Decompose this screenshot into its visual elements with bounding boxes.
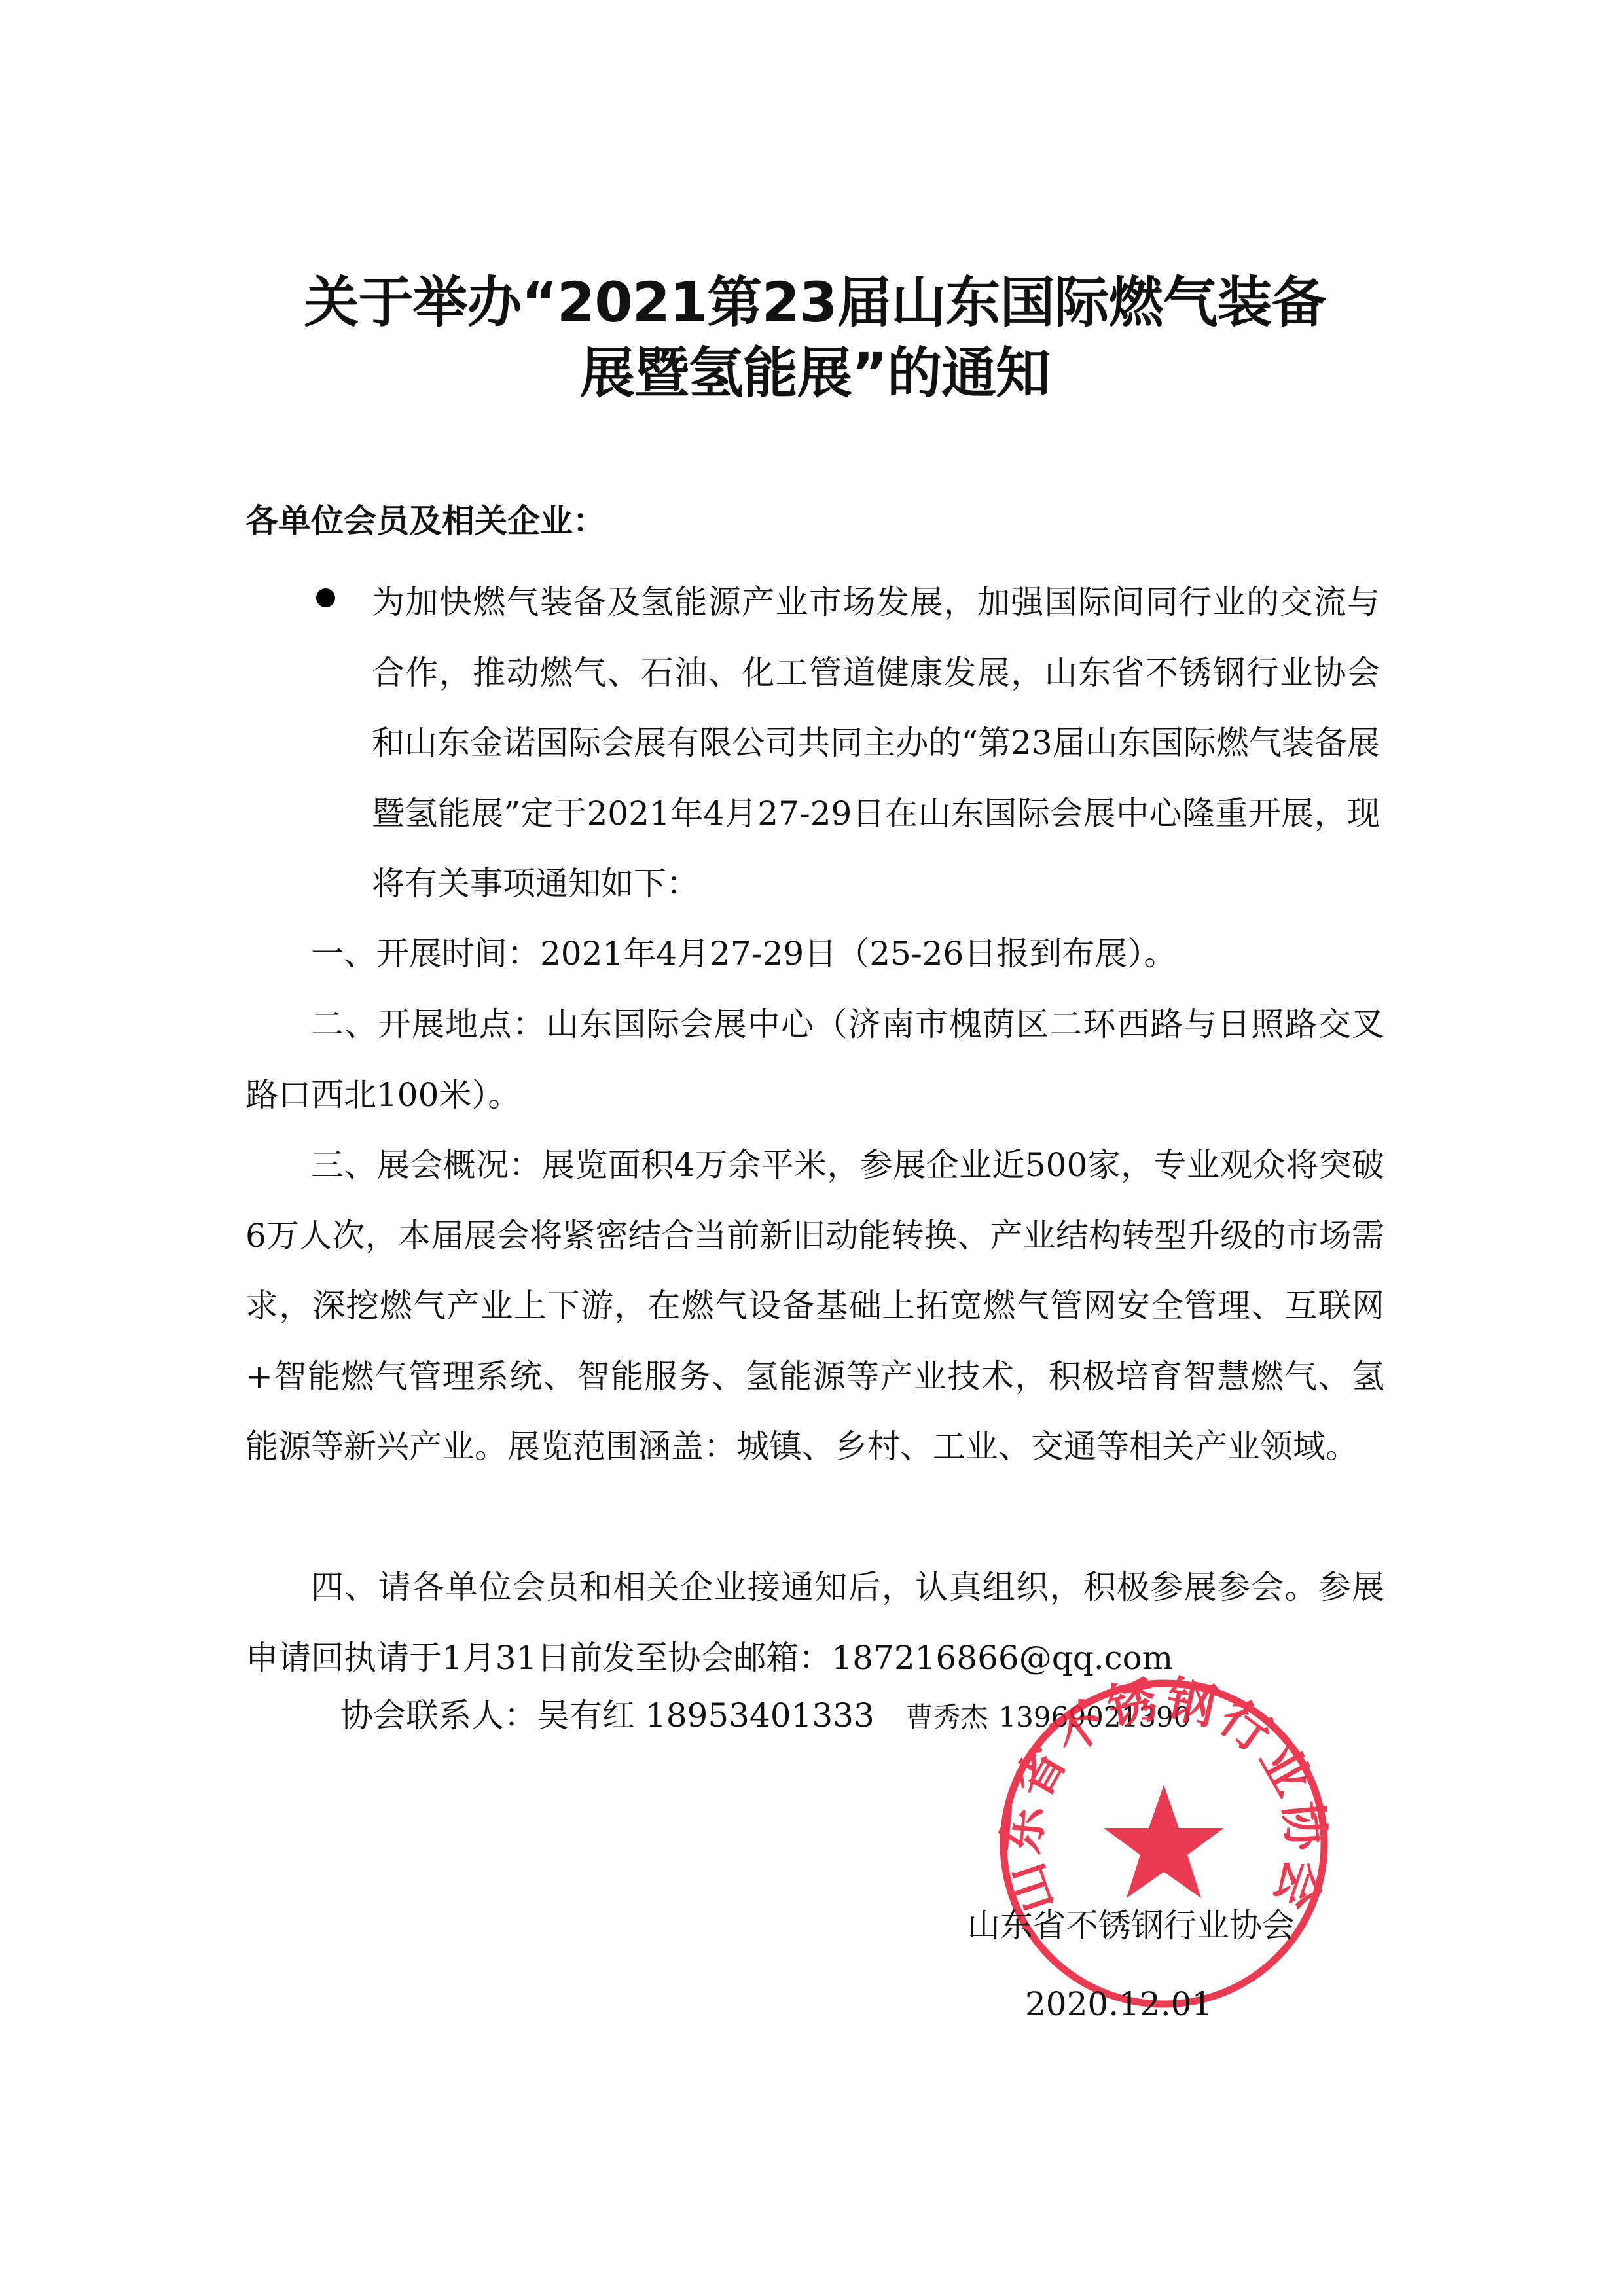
contact-label: 协会联系人： — [340, 1696, 537, 1734]
section-time: 一、开展时间：2021年4月27-29日（25-26日报到布展）。 — [245, 919, 1384, 990]
title-line-1: 关于举办“2021第23届山东国际燃气装备 — [216, 267, 1414, 338]
page-title: 关于举办“2021第23届山东国际燃气装备 展暨氢能展”的通知 — [216, 267, 1414, 408]
section-overview: 三、展会概况：展览面积4万余平米，参展企业近500家，专业观众将突破6万人次，本… — [245, 1130, 1384, 1482]
title-line-2: 展暨氢能展”的通知 — [216, 338, 1414, 408]
contact-1-phone: 18953401333 — [645, 1696, 875, 1734]
contact-2-name: 曹秀杰 — [906, 1701, 988, 1733]
signature-date: 2020.12.01 — [1025, 1984, 1212, 2024]
intro-paragraph: 为加快燃气装备及氢能源产业市场发展，加强国际间同行业的交流与合作，推动燃气、石油… — [372, 567, 1380, 920]
signature-organization: 山东省不锈钢行业协会 — [967, 1906, 1295, 1945]
star-icon — [1104, 1785, 1224, 1898]
bullet-icon — [316, 588, 335, 607]
notice-page: 关于举办“2021第23届山东国际燃气装备 展暨氢能展”的通知 各单位会员及相关… — [0, 0, 1624, 2296]
salutation: 各单位会员及相关企业： — [245, 501, 605, 541]
section-location: 二、开展地点：山东国际会展中心（济南市槐荫区二环西路与日照路交叉路口西北100米… — [245, 990, 1384, 1130]
contact-1-name: 吴有红 — [537, 1696, 635, 1734]
official-seal: 山东省不锈钢行业协会 — [994, 1674, 1334, 2014]
section-registration: 四、请各单位会员和相关企业接通知后，认真组织，积极参展参会。参展申请回执请于1月… — [245, 1552, 1384, 1693]
